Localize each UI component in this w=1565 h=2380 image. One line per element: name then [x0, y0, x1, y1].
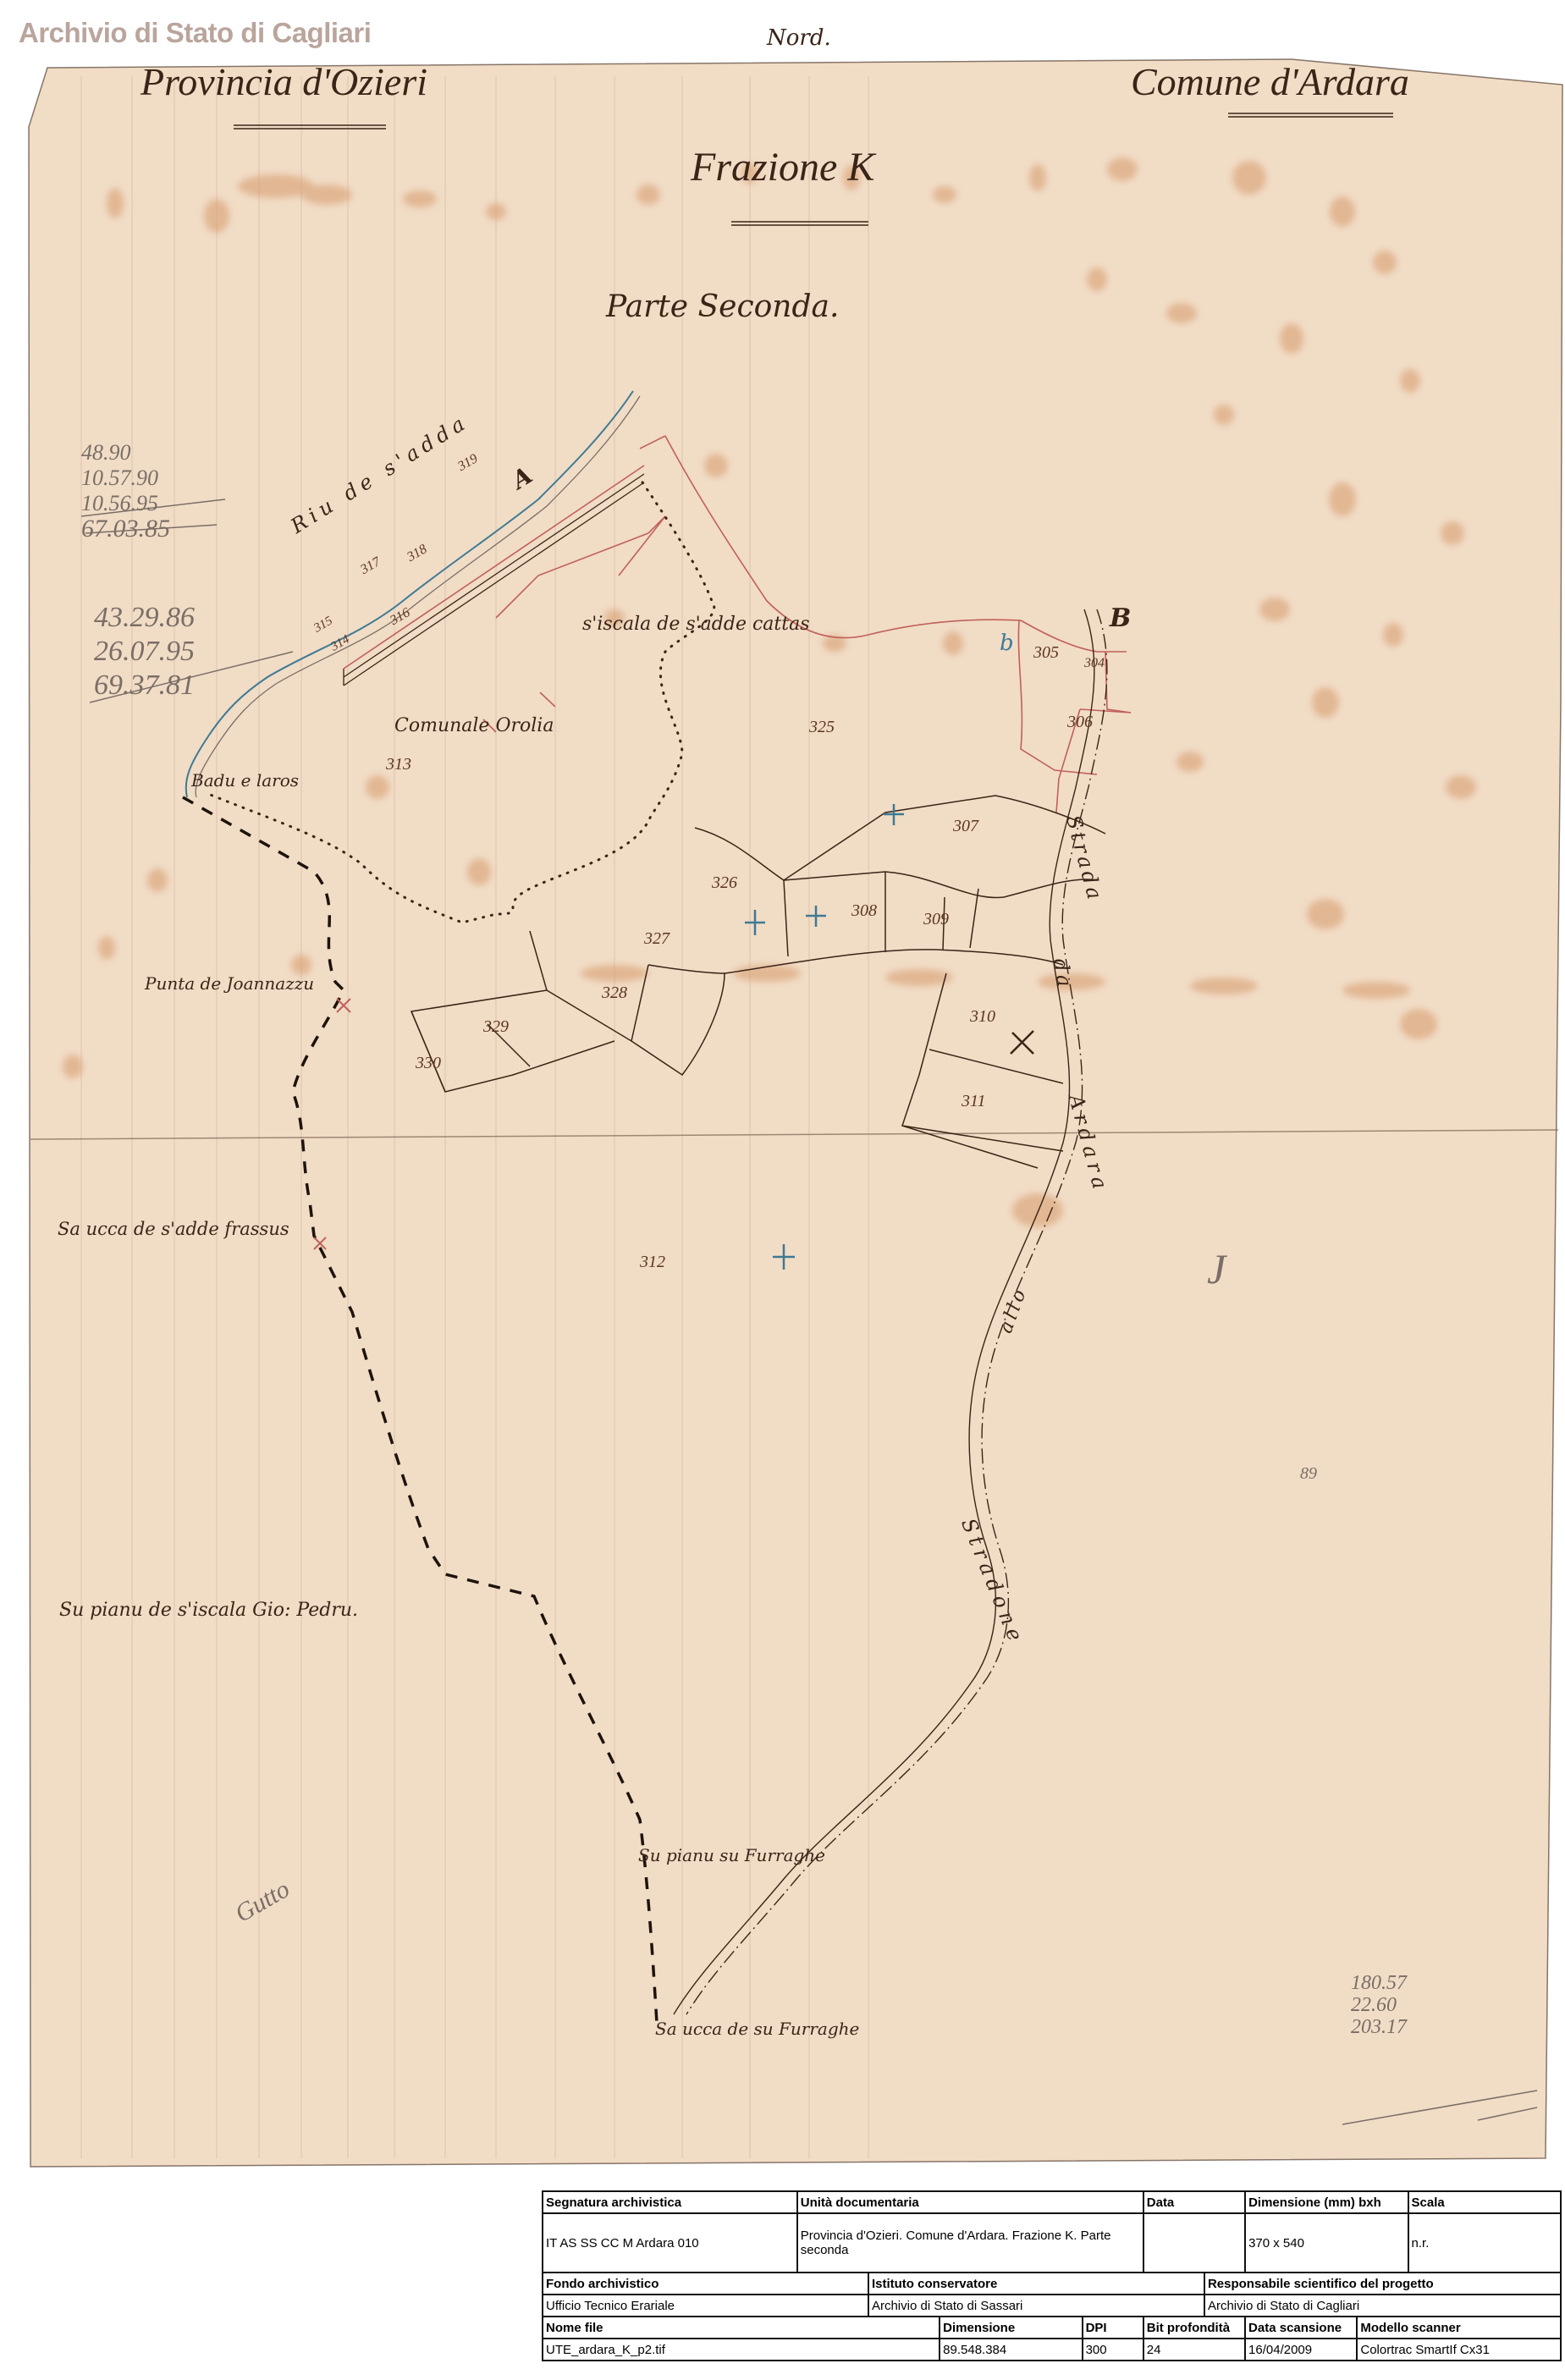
header-unita-documentaria: Unità documentaria: [797, 2191, 1143, 2213]
pencil-note-j: J: [1207, 1244, 1226, 1293]
value-nome-file: UTE_ardara_K_p2.tif: [543, 2339, 940, 2361]
frazione-title: Frazione K: [691, 144, 874, 190]
archive-watermark: Archivio di Stato di Cagliari: [19, 17, 371, 49]
map-sheet: Provincia d'Ozieri Nord. Comune d'Ardara…: [22, 25, 1564, 2175]
pencil-line: 43.29.86: [94, 601, 195, 635]
header-responsabile: Responsabile scientifico del progetto: [1204, 2273, 1561, 2295]
pencil-calculation-3: 180.57 22.60 203.17: [1351, 1972, 1407, 2038]
value-dimensione-mm: 370 x 540: [1245, 2213, 1408, 2273]
parte-subtitle: Parte Seconda.: [606, 289, 839, 324]
metadata-row-group-1: Segnatura archivistica Unità documentari…: [542, 2190, 1562, 2273]
value-data-scansione: 16/04/2009: [1245, 2339, 1357, 2361]
parcel-309: 309: [923, 910, 949, 929]
header-bit-profondita: Bit profondità: [1143, 2317, 1245, 2339]
value-dimensione: 89.548.384: [940, 2339, 1082, 2361]
comune-title: Comune d'Ardara: [1131, 59, 1409, 104]
parcel-306: 306: [1067, 713, 1093, 732]
value-data: [1143, 2213, 1245, 2273]
parcel-313: 313: [386, 755, 411, 774]
place-su-pianu-gio-pedru: Su pianu de s'iscala Gio: Pedru.: [59, 1600, 358, 1621]
header-dimensione-mm: Dimensione (mm) bxh: [1245, 2191, 1408, 2213]
value-unita-documentaria: Provincia d'Ozieri. Comune d'Ardara. Fra…: [797, 2213, 1143, 2273]
blue-note-b: b: [1000, 631, 1014, 656]
pencil-line: 48.90: [81, 440, 170, 466]
pencil-line: 180.57: [1351, 1972, 1407, 1994]
value-segnatura: IT AS SS CC M Ardara 010: [543, 2213, 797, 2273]
parcel-329: 329: [483, 1017, 509, 1037]
pencil-line: 10.56.95: [81, 491, 170, 516]
header-nome-file: Nome file: [543, 2317, 940, 2339]
parcel-327: 327: [644, 929, 670, 949]
north-label: Nord.: [767, 25, 831, 51]
header-segnatura: Segnatura archivistica: [543, 2191, 797, 2213]
place-iscala-adde-cattas: s'iscala de s'adde cattas: [582, 614, 810, 635]
place-sa-ucca-de-su-furraghe: Sa ucca de su Furraghe: [655, 2019, 859, 2039]
value-dpi: 300: [1083, 2339, 1143, 2361]
value-istituto-conservatore: Archivio di Stato di Sassari: [868, 2295, 1204, 2317]
metadata-row-group-2: Fondo archivistico Istituto conservatore…: [542, 2272, 1562, 2317]
parcel-330: 330: [416, 1054, 441, 1073]
place-punta-de-joannazzu: Punta de Joannazzu: [145, 973, 314, 994]
header-fondo-archivistico: Fondo archivistico: [543, 2273, 868, 2295]
parcel-308: 308: [851, 901, 877, 921]
parcel-311: 311: [962, 1092, 986, 1111]
parcel-307: 307: [953, 817, 978, 836]
parcel-304: 304: [1084, 656, 1105, 671]
pencil-line: 10.57.90: [81, 466, 170, 491]
value-responsabile: Archivio di Stato di Cagliari: [1204, 2295, 1561, 2317]
pencil-calculation-2: 43.29.86 26.07.95 69.37.81: [94, 601, 195, 702]
value-bit-profondita: 24: [1143, 2339, 1245, 2361]
header-modello-scanner: Modello scanner: [1357, 2317, 1561, 2339]
provincia-title: Provincia d'Ozieri: [141, 59, 427, 104]
place-su-pianu-su-furraghe: Su pianu su Furraghe: [638, 1845, 825, 1865]
pencil-line: 69.37.81: [94, 669, 195, 702]
header-scala: Scala: [1408, 2191, 1561, 2213]
header-data: Data: [1143, 2191, 1245, 2213]
pencil-line: 26.07.95: [94, 635, 195, 669]
parcel-325: 325: [809, 718, 835, 737]
pencil-line: 22.60: [1351, 1994, 1407, 2016]
parcel-326: 326: [712, 873, 737, 893]
parcel-305: 305: [1033, 643, 1059, 663]
pencil-calculation-1: 48.90 10.57.90 10.56.95 67.03.85: [81, 440, 170, 542]
header-data-scansione: Data scansione: [1245, 2317, 1357, 2339]
place-sa-ucca-adde-frassus: Sa ucca de s'adde frassus: [58, 1219, 289, 1239]
header-dimensione: Dimensione: [940, 2317, 1082, 2339]
header-dpi: DPI: [1083, 2317, 1143, 2339]
place-badu-e-laros: Badu e laros: [191, 770, 299, 791]
parcel-310: 310: [970, 1007, 995, 1027]
metadata-row-group-3: Nome file Dimensione DPI Bit profondità …: [542, 2316, 1562, 2361]
pencil-note-89: 89: [1300, 1464, 1317, 1484]
parcel-328: 328: [602, 983, 627, 1003]
parcel-312: 312: [640, 1253, 665, 1272]
pencil-line: 67.03.85: [81, 516, 170, 542]
pencil-line: 203.17: [1351, 2016, 1407, 2038]
point-b-label: B: [1110, 603, 1131, 633]
archive-metadata-table: Segnatura archivistica Unità documentari…: [542, 2190, 1562, 2361]
value-fondo-archivistico: Ufficio Tecnico Erariale: [543, 2295, 868, 2317]
value-modello-scanner: Colortrac SmartIf Cx31: [1357, 2339, 1561, 2361]
place-comunale-orolia: Comunale Orolia: [394, 715, 554, 736]
value-scala: n.r.: [1408, 2213, 1561, 2273]
header-istituto-conservatore: Istituto conservatore: [868, 2273, 1204, 2295]
